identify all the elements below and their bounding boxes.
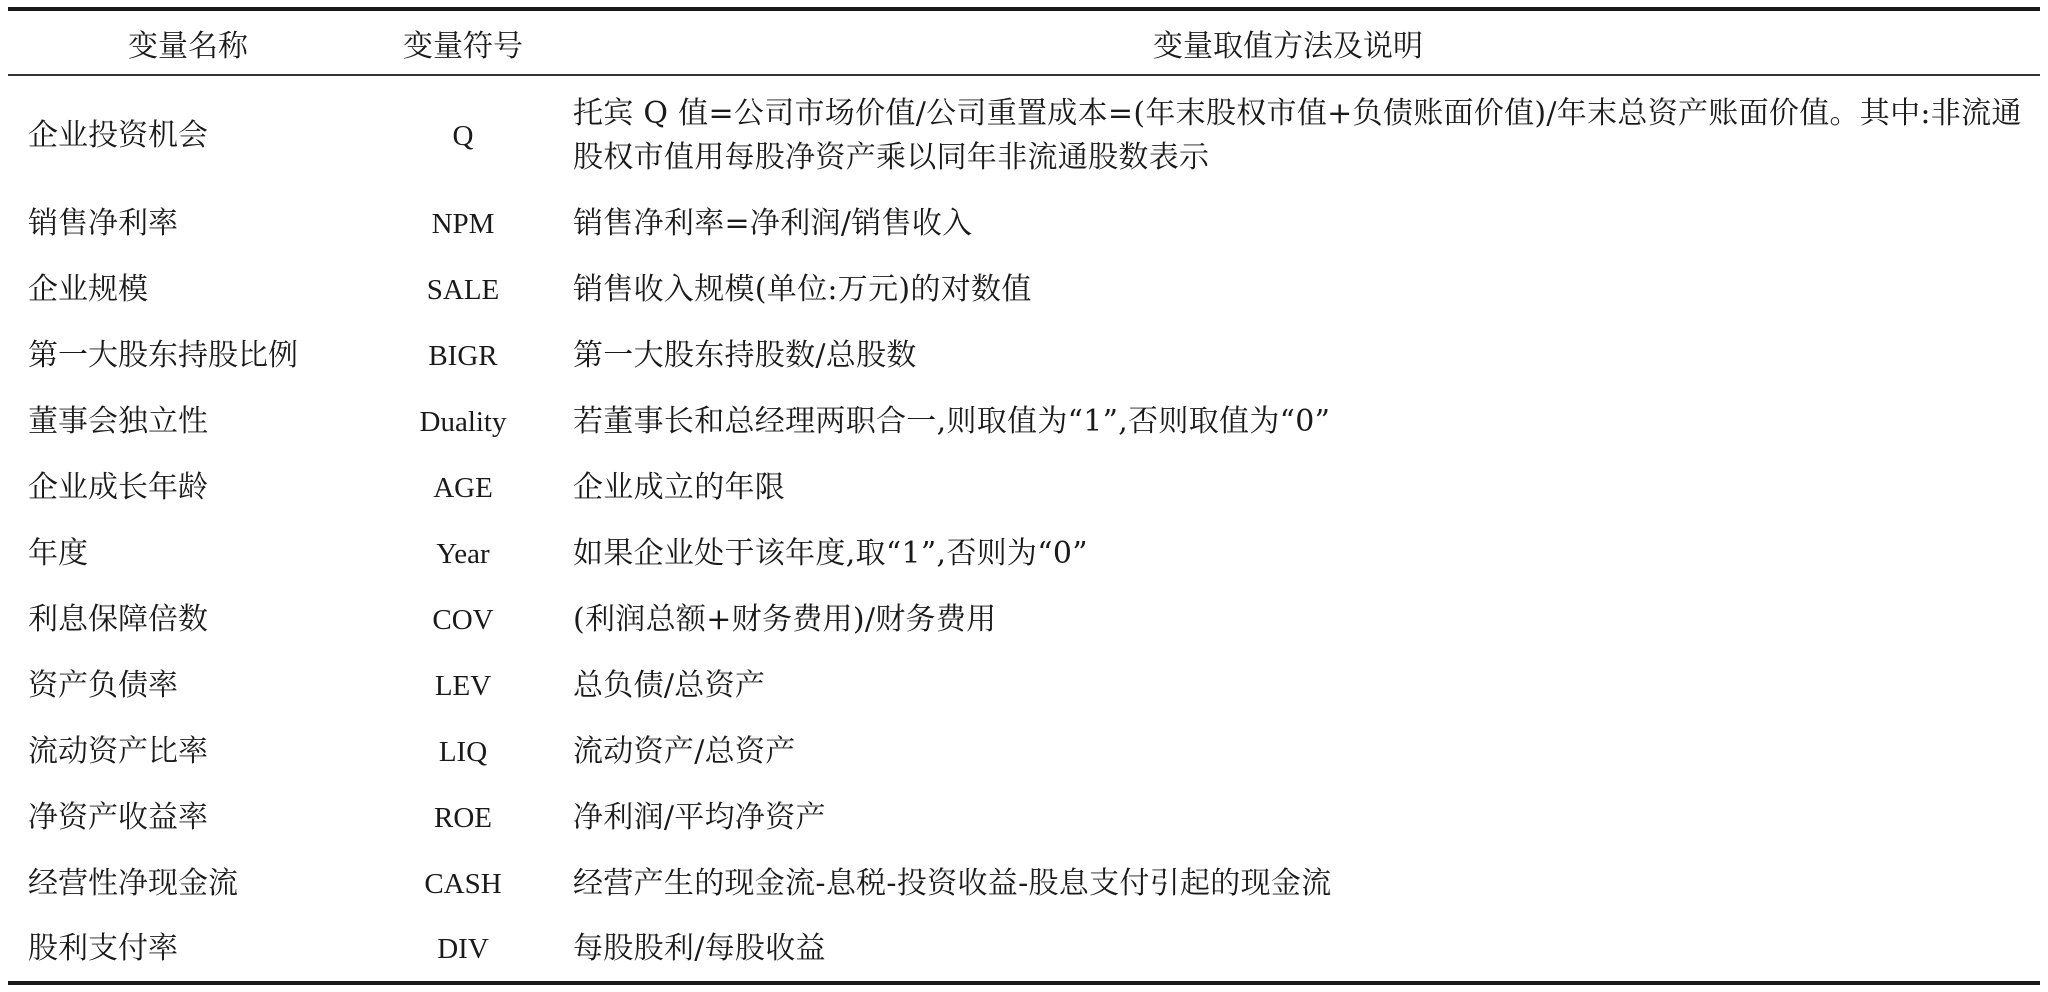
header-variable-name-text: 变量名称 xyxy=(128,21,248,65)
variable-symbol-cell: Year xyxy=(378,532,548,576)
variable-name-cell: 销售净利率 xyxy=(8,202,378,246)
variable-description-cell: 第一大股东持股数/总股数 xyxy=(548,334,2040,378)
table-row: 企业投资机会 Q 托宾 Q 值=公司市场价值/公司重置成本=(年末股权市值+负债… xyxy=(8,80,2040,191)
variable-symbol-cell: BIGR xyxy=(378,334,548,378)
table-row: 第一大股东持股比例 BIGR 第一大股东持股数/总股数 xyxy=(8,323,2040,389)
variable-symbol-cell: Q xyxy=(378,114,548,158)
table-row: 董事会独立性 Duality 若董事长和总经理两职合一,则取值为“1”,否则取值… xyxy=(8,389,2040,455)
variable-description-cell: 总负债/总资产 xyxy=(548,664,2040,708)
header-variable-description: 变量取值方法及说明 xyxy=(548,21,2040,65)
table-row: 企业成长年龄 AGE 企业成立的年限 xyxy=(8,455,2040,521)
table-row: 销售净利率 NPM 销售净利率=净利润/销售收入 xyxy=(8,191,2040,257)
variable-name-cell: 董事会独立性 xyxy=(8,400,378,444)
bottom-rule xyxy=(8,981,2040,985)
variable-name-cell: 企业规模 xyxy=(8,268,378,312)
variable-symbol-cell: LEV xyxy=(378,664,548,708)
variable-name-cell: 流动资产比率 xyxy=(8,730,378,774)
variable-name-cell: 经营性净现金流 xyxy=(8,862,378,906)
variable-symbol-cell: SALE xyxy=(378,268,548,312)
variable-symbol-cell: AGE xyxy=(378,466,548,510)
variable-symbol-cell: LIQ xyxy=(378,730,548,774)
variable-name-cell: 利息保障倍数 xyxy=(8,598,378,642)
variable-description-cell: 净利润/平均净资产 xyxy=(548,796,2040,840)
variable-symbol-cell: DIV xyxy=(378,927,548,971)
table-body: 企业投资机会 Q 托宾 Q 值=公司市场价值/公司重置成本=(年末股权市值+负债… xyxy=(8,76,2040,981)
variable-description-cell: 销售净利率=净利润/销售收入 xyxy=(548,202,2040,246)
table-row: 股利支付率 DIV 每股股利/每股收益 xyxy=(8,917,2040,981)
header-variable-symbol: 变量符号 xyxy=(378,21,548,65)
variable-name-cell: 净资产收益率 xyxy=(8,796,378,840)
table-row: 净资产收益率 ROE 净利润/平均净资产 xyxy=(8,785,2040,851)
variable-name-cell: 第一大股东持股比例 xyxy=(8,334,378,378)
variable-name-cell: 资产负债率 xyxy=(8,664,378,708)
variable-symbol-cell: ROE xyxy=(378,796,548,840)
variable-name-cell: 年度 xyxy=(8,532,378,576)
variable-description-cell: 企业成立的年限 xyxy=(548,466,2040,510)
variable-symbol-cell: COV xyxy=(378,598,548,642)
variable-description-cell: 托宾 Q 值=公司市场价值/公司重置成本=(年末股权市值+负债账面价值)/年末总… xyxy=(548,92,2040,180)
variable-description-cell: 如果企业处于该年度,取“1”,否则为“0” xyxy=(548,532,2040,576)
table-row: 流动资产比率 LIQ 流动资产/总资产 xyxy=(8,719,2040,785)
variable-symbol-cell: CASH xyxy=(378,862,548,906)
table-row: 企业规模 SALE 销售收入规模(单位:万元)的对数值 xyxy=(8,257,2040,323)
variable-symbol-cell: Duality xyxy=(378,400,548,444)
variable-name-cell: 企业投资机会 xyxy=(8,114,378,158)
table-row: 利息保障倍数 COV (利润总额+财务费用)/财务费用 xyxy=(8,587,2040,653)
variable-description-cell: 经营产生的现金流-息税-投资收益-股息支付引起的现金流 xyxy=(548,862,2040,906)
variable-name-cell: 企业成长年龄 xyxy=(8,466,378,510)
table-header-row: 变量名称 变量符号 变量取值方法及说明 xyxy=(8,11,2040,74)
table-row: 资产负债率 LEV 总负债/总资产 xyxy=(8,653,2040,719)
variable-definition-table: 变量名称 变量符号 变量取值方法及说明 企业投资机会 Q 托宾 Q 值=公司市场… xyxy=(8,7,2040,985)
table-row: 经营性净现金流 CASH 经营产生的现金流-息税-投资收益-股息支付引起的现金流 xyxy=(8,851,2040,917)
variable-description-cell: 流动资产/总资产 xyxy=(548,730,2040,774)
variable-description-cell: 每股股利/每股收益 xyxy=(548,927,2040,971)
variable-description-cell: 若董事长和总经理两职合一,则取值为“1”,否则取值为“0” xyxy=(548,400,2040,444)
variable-name-cell: 股利支付率 xyxy=(8,927,378,971)
header-variable-name: 变量名称 xyxy=(8,21,378,65)
variable-description-cell: (利润总额+财务费用)/财务费用 xyxy=(548,598,2040,642)
table-row: 年度 Year 如果企业处于该年度,取“1”,否则为“0” xyxy=(8,521,2040,587)
variable-symbol-cell: NPM xyxy=(378,202,548,246)
variable-description-cell: 销售收入规模(单位:万元)的对数值 xyxy=(548,268,2040,312)
